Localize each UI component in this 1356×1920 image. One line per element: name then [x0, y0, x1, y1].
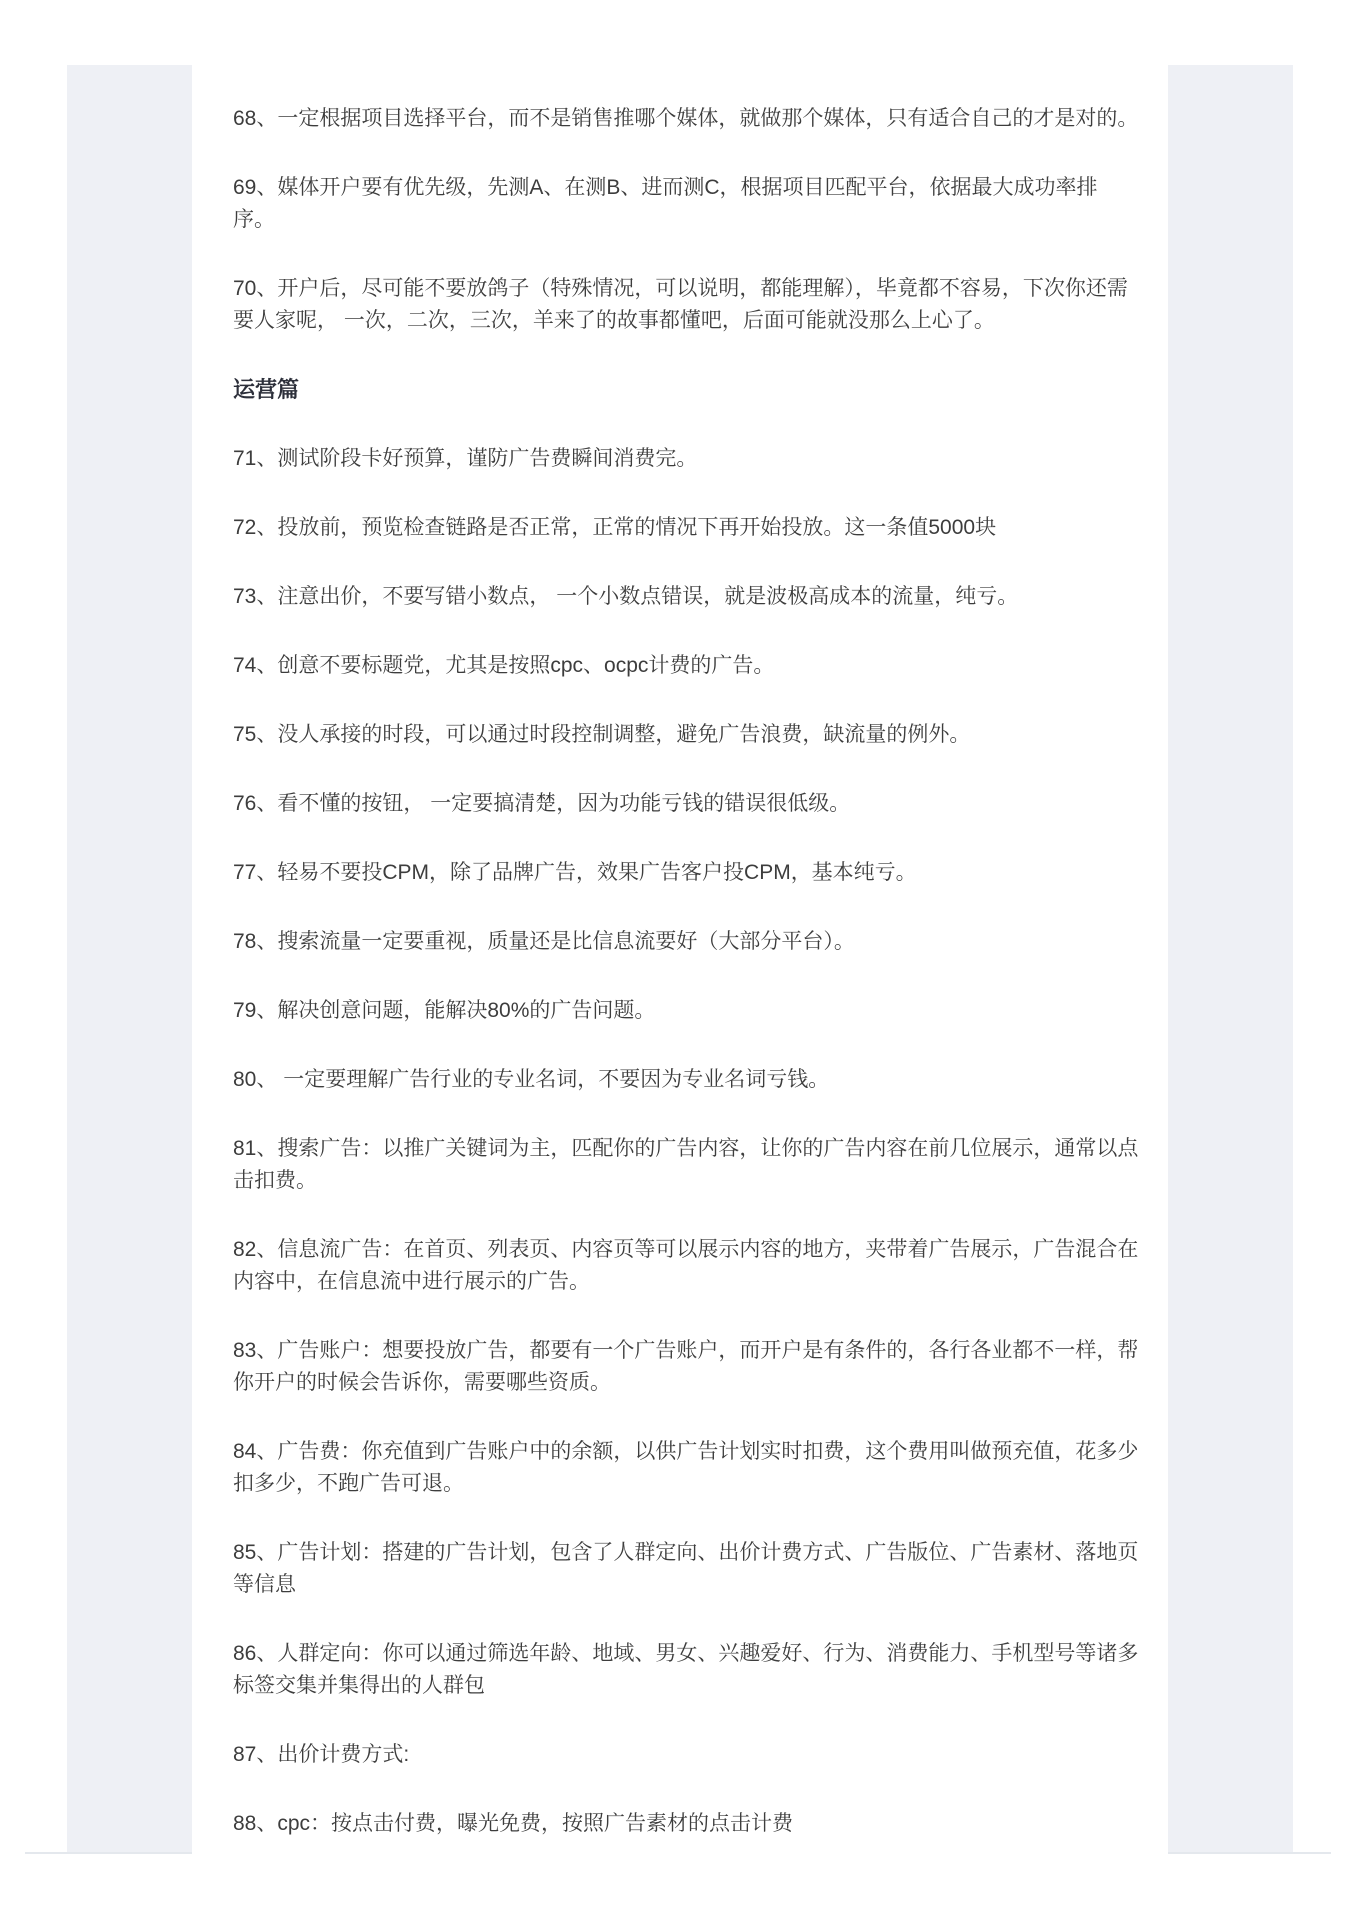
list-item-81: 81、搜索广告：以推广关键词为主，匹配你的广告内容，让你的广告内容在前几位展示，… — [233, 1133, 1140, 1197]
list-item-78: 78、搜索流量一定要重视，质量还是比信息流要好（大部分平台）。 — [233, 926, 1140, 958]
list-item-84: 84、广告费：你充值到广告账户中的余额，以供广告计划实时扣费，这个费用叫做预充值… — [233, 1436, 1140, 1500]
list-item-73: 73、注意出价，不要写错小数点， 一个小数点错误，就是波极高成本的流量，纯亏。 — [233, 581, 1140, 613]
list-item-71: 71、测试阶段卡好预算，谨防广告费瞬间消费完。 — [233, 443, 1140, 475]
list-item-86: 86、人群定向：你可以通过筛选年龄、地域、男女、兴趣爱好、行为、消费能力、手机型… — [233, 1638, 1140, 1702]
list-item-74: 74、创意不要标题党，尤其是按照cpc、ocpc计费的广告。 — [233, 650, 1140, 682]
list-item-76: 76、看不懂的按钮， 一定要搞清楚，因为功能亏钱的错误很低级。 — [233, 788, 1140, 820]
section-heading: 运营篇 — [233, 374, 1140, 406]
list-item-69: 69、媒体开户要有优先级，先测A、在测B、进而测C，根据项目匹配平台，依据最大成… — [233, 172, 1140, 236]
left-margin-strip — [67, 65, 192, 1852]
list-item-68: 68、一定根据项目选择平台，而不是销售推哪个媒体，就做那个媒体，只有适合自己的才… — [233, 103, 1140, 135]
list-item-80: 80、 一定要理解广告行业的专业名词，不要因为专业名词亏钱。 — [233, 1064, 1140, 1096]
list-item-70: 70、开户后，尽可能不要放鸽子（特殊情况，可以说明，都能理解），毕竟都不容易，下… — [233, 273, 1140, 337]
list-item-72: 72、投放前，预览检查链路是否正常，正常的情况下再开始投放。这一条值5000块 — [233, 512, 1140, 544]
list-item-88: 88、cpc：按点击付费，曝光免费，按照广告素材的点击计费 — [233, 1808, 1140, 1840]
list-item-75: 75、没人承接的时段，可以通过时段控制调整，避免广告浪费，缺流量的例外。 — [233, 719, 1140, 751]
list-item-79: 79、解决创意问题，能解决80%的广告问题。 — [233, 995, 1140, 1027]
right-margin-strip — [1168, 65, 1293, 1852]
list-item-83: 83、广告账户：想要投放广告，都要有一个广告账户，而开户是有条件的，各行各业都不… — [233, 1335, 1140, 1399]
list-item-82: 82、信息流广告：在首页、列表页、内容页等可以展示内容的地方，夹带着广告展示，广… — [233, 1234, 1140, 1298]
article-content: 68、一定根据项目选择平台，而不是销售推哪个媒体，就做那个媒体，只有适合自己的才… — [192, 0, 1168, 1877]
list-item-85: 85、广告计划：搭建的广告计划，包含了人群定向、出价计费方式、广告版位、广告素材… — [233, 1537, 1140, 1601]
list-item-77: 77、轻易不要投CPM，除了品牌广告，效果广告客户投CPM，基本纯亏。 — [233, 857, 1140, 889]
list-item-87: 87、出价计费方式: — [233, 1739, 1140, 1771]
